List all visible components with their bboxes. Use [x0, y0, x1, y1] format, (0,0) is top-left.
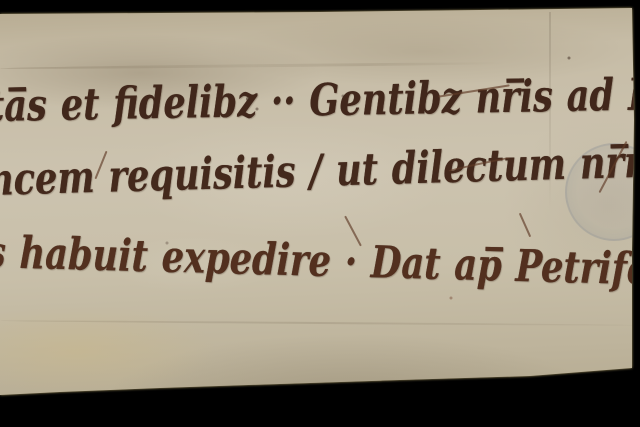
- manuscript-text-line-3: s habuit expedire · Dat ap̅ Petrifontem: [0, 228, 640, 299]
- manuscript-photograph: ta̅s et fidelibz ·· Gentibz nr̅is ad Rom…: [0, 0, 640, 427]
- parchment-sheet: ta̅s et fidelibz ·· Gentibz nr̅is ad Rom…: [0, 0, 640, 427]
- parchment-crease-horizontal-top: [0, 61, 560, 70]
- parchment-crease-horizontal-bottom: [0, 320, 640, 326]
- manuscript-text-line-1: ta̅s et fidelibz ·· Gentibz nr̅is ad Rom…: [0, 68, 640, 132]
- manuscript-text-line-2: ncem requisitis / ut dilectum nr̅m Gui: [0, 135, 640, 207]
- ink-specks: [0, 0, 2, 2]
- ink-flourish-descender-line2-b: [519, 213, 531, 238]
- parchment-shadow-wrap: ta̅s et fidelibz ·· Gentibz nr̅is ad Rom…: [0, 0, 640, 427]
